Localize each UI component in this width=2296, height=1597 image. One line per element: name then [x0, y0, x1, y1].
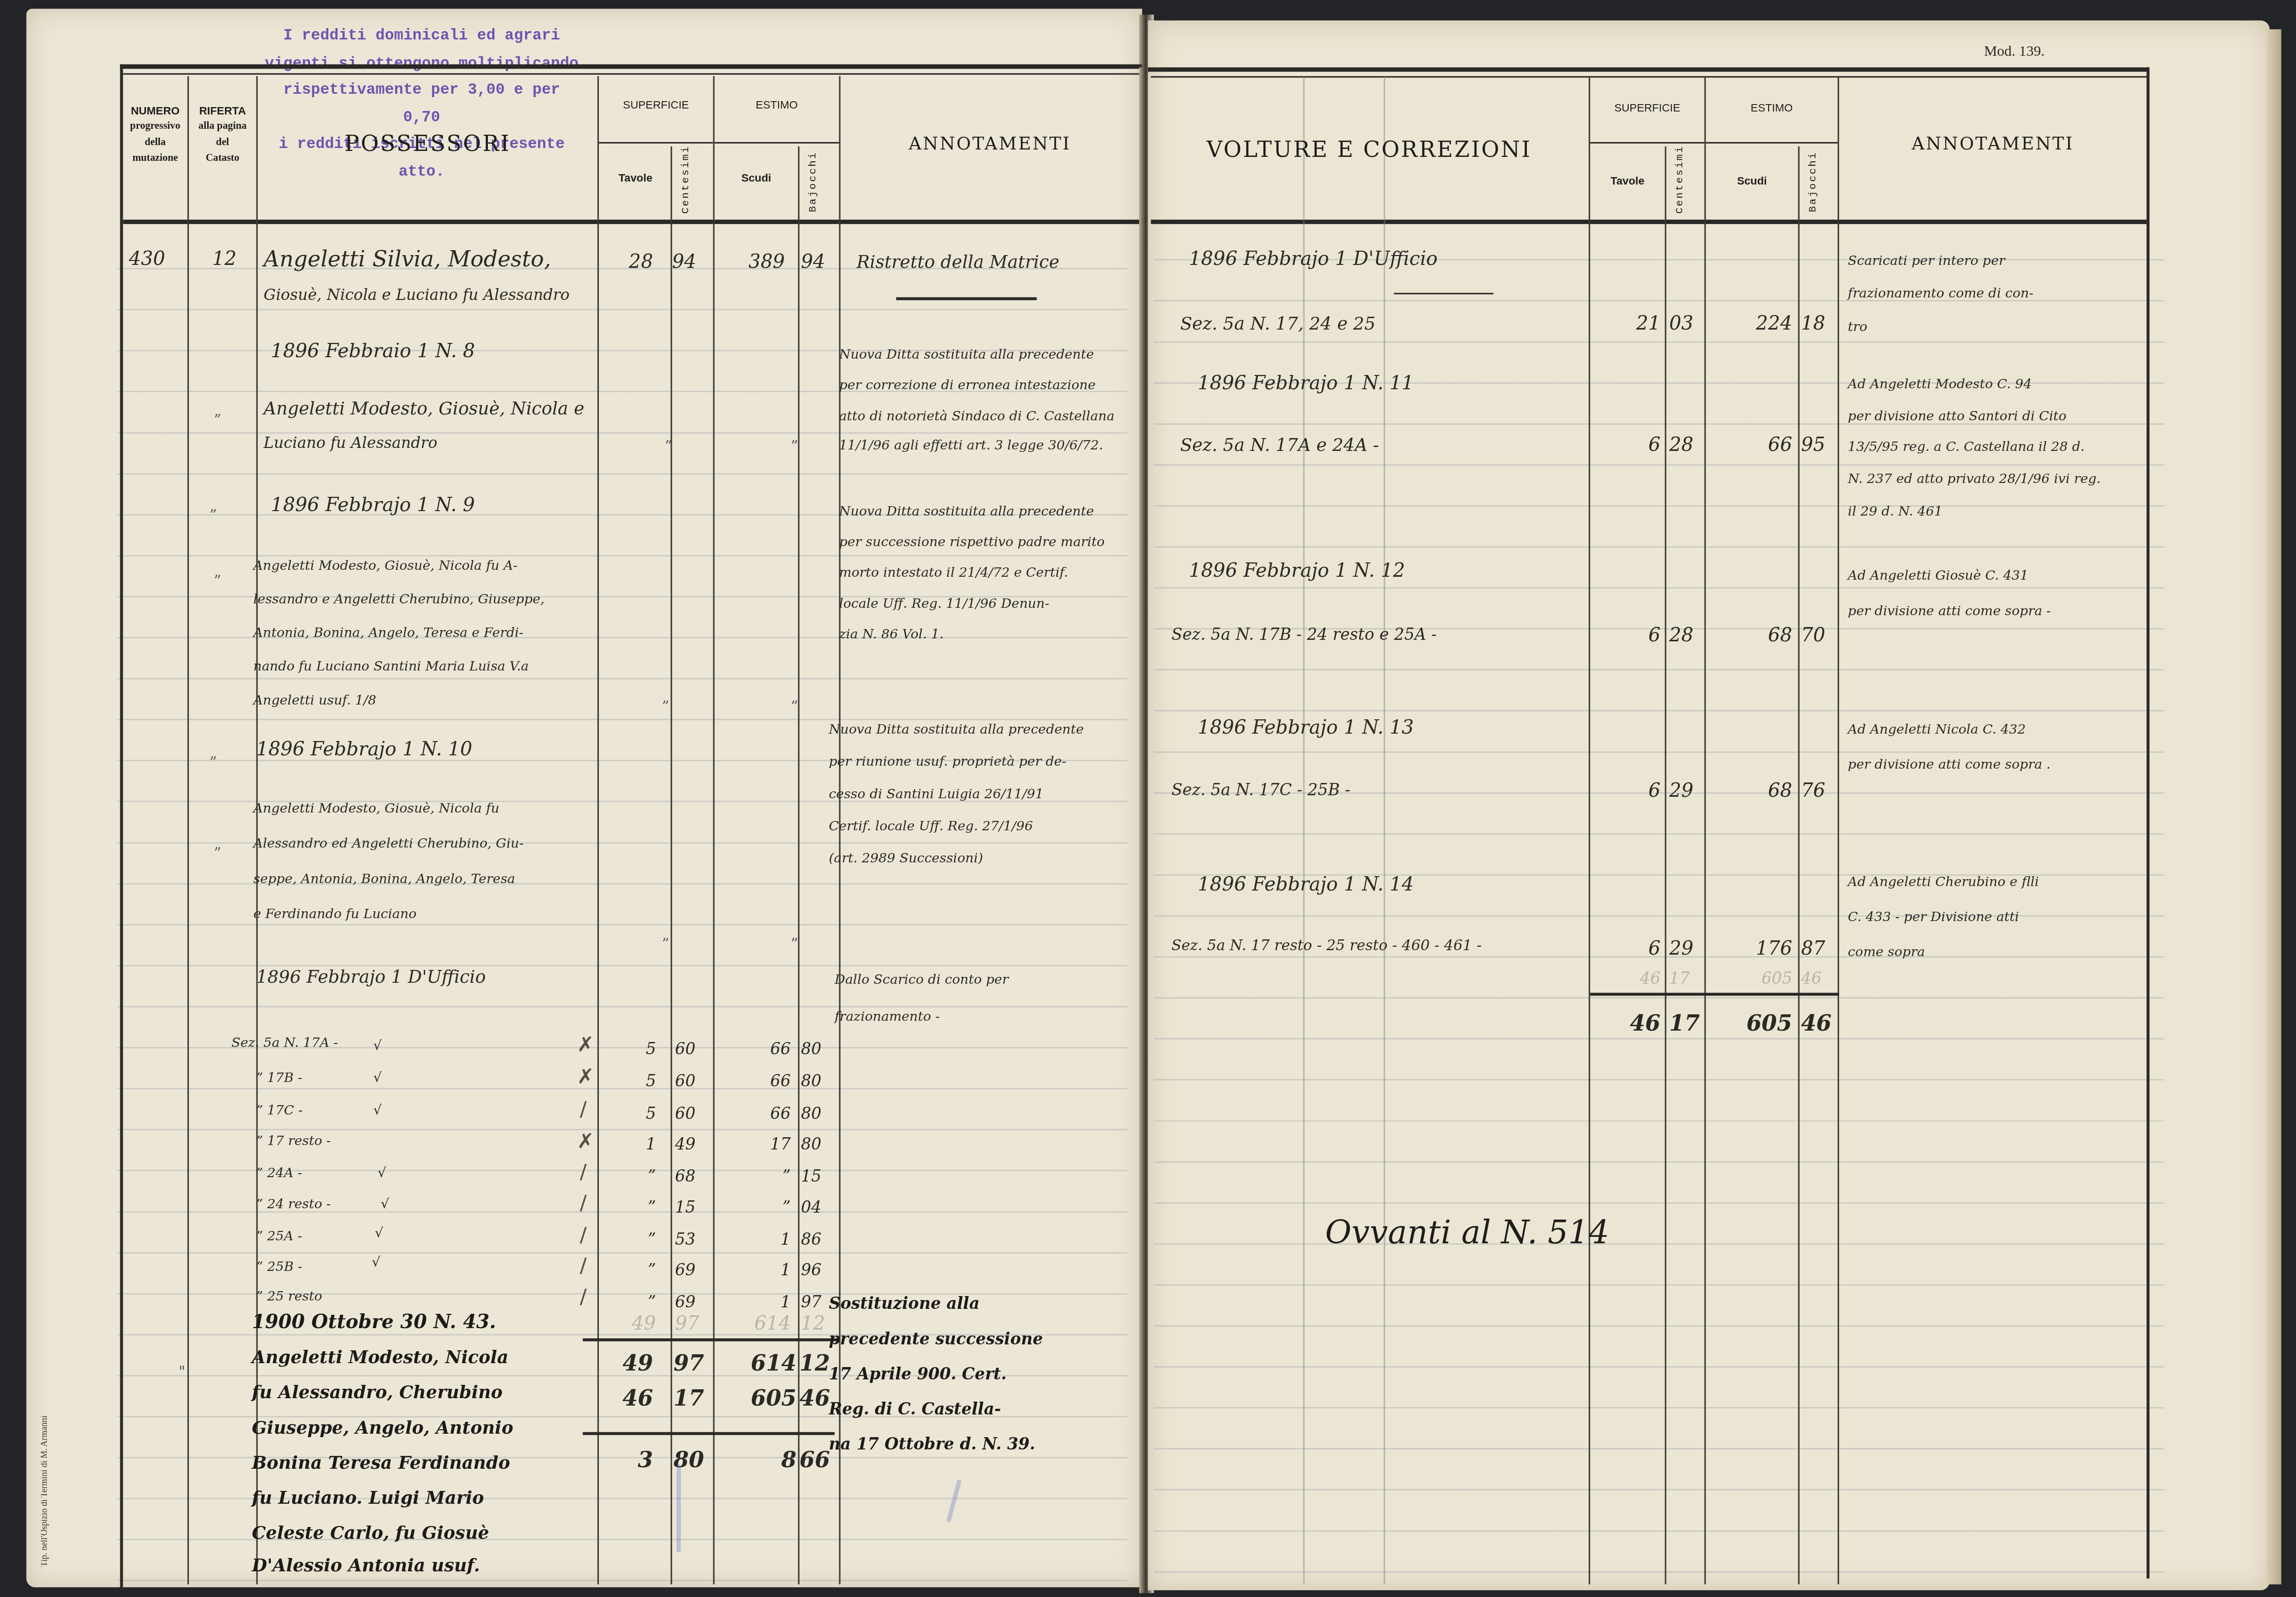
- parcel-bajocchi: 86: [801, 1230, 836, 1249]
- header-numero-title: NUMERO: [123, 106, 187, 117]
- entry-riferta: 12: [212, 249, 236, 271]
- parcel-scudi: ”: [717, 1167, 790, 1186]
- entry-bajocchi: 87: [1801, 938, 1833, 961]
- header-volture: VOLTURE E CORREZIONI: [1157, 138, 1582, 162]
- entry-annotamento: Nuova Ditta sostituita alla precedente: [839, 348, 1094, 363]
- entry-annotamento: Ristretto della Matrice: [856, 252, 1059, 272]
- entry-annotamento: (art. 2989 Successioni): [829, 852, 983, 867]
- entry-annotamento: cesso di Santini Luigia 26/11/91: [829, 788, 1043, 803]
- tick-mark: ✗: [577, 1066, 594, 1089]
- ditto-mark: ”: [214, 574, 221, 590]
- entry-annotamento: N. 237 ed atto privato 28/1/96 ivi reg.: [1848, 473, 2101, 488]
- col-divider: [670, 147, 672, 1585]
- total1-scudi: 614: [717, 1350, 796, 1376]
- parcel-bajocchi: 96: [801, 1261, 836, 1280]
- tick-mark: /: [580, 1255, 587, 1278]
- entry-parcel: Sez. 5a N. 17B - 24 resto e 25A -: [1171, 625, 1437, 644]
- entry-annotamento: Sostituzione alla: [829, 1295, 980, 1314]
- entry-annotamento: il 29 d. N. 461: [1848, 505, 1943, 520]
- entry-date: 1896 Febbrajo 1 N. 10: [256, 740, 472, 762]
- entry-centesimi: 03: [1669, 313, 1702, 335]
- header-tavole: Tavole: [599, 173, 672, 185]
- header-riferta-sub: del: [189, 138, 257, 149]
- entry-scudi: 389: [717, 252, 785, 274]
- parcel-bajocchi: 80: [801, 1040, 836, 1059]
- entry-annotamento: na 17 Ottobre d. N. 39.: [829, 1435, 1035, 1454]
- col-divider: [1665, 147, 1666, 1585]
- header-riferta-title: RIFERTA: [189, 106, 257, 117]
- ditto-mark: ”: [214, 847, 221, 863]
- total1-centesimi: 97: [673, 1350, 711, 1376]
- entry-bajocchi: 76: [1801, 780, 1833, 803]
- printer-imprint: Tip. nell'Ospizio di Termini di M. Arman…: [41, 1259, 50, 1566]
- header-bottom-rule: [123, 220, 1139, 224]
- ditto-mark: ”: [791, 700, 798, 716]
- header-numero-sub: della: [123, 138, 187, 149]
- parcel-scudi: 1: [717, 1293, 790, 1312]
- parcel-label: ” 17 resto -: [256, 1135, 331, 1150]
- tick-mark: /: [580, 1098, 587, 1121]
- header-riferta-sub: Catasto: [189, 153, 257, 165]
- header-numero-sub: progressivo: [123, 122, 187, 133]
- entry-annotamento: 13/5/95 reg. a C. Castellana il 28 d.: [1848, 441, 2085, 455]
- entry-centesimi: 29: [1669, 938, 1702, 961]
- parcel-scudi: 66: [717, 1104, 790, 1123]
- estimo-sub-rule: [1706, 142, 1838, 144]
- header-centesimi: Centesimi: [682, 149, 694, 214]
- entry-tavole: 21: [1596, 313, 1661, 335]
- tick-mark: /: [580, 1224, 587, 1247]
- entry-possessori: Angeletti Modesto, Giosuè, Nicola fu: [253, 802, 499, 817]
- col-divider: [1704, 76, 1706, 1584]
- entry-centesimi: 94: [672, 252, 707, 274]
- entry-bajocchi: 70: [1801, 625, 1833, 647]
- difference-scudi: 8: [717, 1447, 796, 1473]
- entry-tavole: 6: [1596, 625, 1661, 647]
- total2-centesimi: 17: [673, 1385, 711, 1411]
- entry-possessori: Giosuè, Nicola e Luciano fu Alessandro: [263, 287, 569, 305]
- entry-scudi: 66: [1710, 435, 1792, 457]
- entry-possessori: fu Luciano. Luigi Mario: [252, 1487, 484, 1508]
- parcel-label: ” 24 resto -: [256, 1198, 331, 1213]
- entry-annotamento: 11/1/96 agli effetti art. 3 legge 30/6/7…: [839, 439, 1103, 454]
- faint-col-divider: [1384, 76, 1385, 1584]
- entry-possessori: Alessandro ed Angeletti Cherubino, Giu-: [253, 838, 523, 853]
- check-mark: √: [381, 1198, 389, 1213]
- total-tavole: 46: [1596, 1010, 1661, 1037]
- entry-annotamento: per riunione usuf. proprietà per de-: [829, 755, 1067, 770]
- form-number: Mod. 139.: [1984, 44, 2045, 60]
- entry-possessori: D'Alessio Antonia usuf.: [252, 1555, 480, 1576]
- entry-annotamento: per divisione atti come sopra -: [1848, 605, 2051, 620]
- entry-centesimi: 29: [1669, 780, 1702, 803]
- right-table-frame: [2147, 68, 2149, 1579]
- entry-date: 1896 Febbrajo 1 N. 12: [1189, 561, 1405, 583]
- entry-possessori: Angeletti usuf. 1/8: [253, 694, 376, 709]
- entry-date: 1896 Febbrajo 1 N. 13: [1198, 717, 1414, 740]
- parcel-centesimi: 60: [675, 1040, 710, 1059]
- header-numero-sub: mutazione: [123, 153, 187, 165]
- total-centesimi: 17: [1669, 1010, 1702, 1037]
- entry-tavole: 6: [1596, 938, 1661, 961]
- entry-annotamento: tro: [1848, 321, 1868, 335]
- header-scudi: Scudi: [1706, 176, 1798, 187]
- header-numero: NUMERO progressivo della mutazione: [123, 106, 187, 165]
- underline: [896, 297, 1037, 300]
- ditto-mark: ”: [214, 413, 221, 429]
- entry-numero: 430: [129, 249, 165, 271]
- entry-possessori: seppe, Antonia, Bonina, Angelo, Teresa: [253, 873, 515, 888]
- page-edge: [2266, 29, 2281, 1584]
- parcel-label: ” 17C -: [256, 1104, 302, 1119]
- entry-annotamento: morto intestato il 21/4/72 e Certif.: [839, 567, 1069, 582]
- entry-annotamento: Ad Angeletti Giosuè C. 431: [1848, 570, 2029, 585]
- entry-parcel: Sez. 5a N. 17 resto - 25 resto - 460 - 4…: [1171, 938, 1481, 955]
- entry-possessori: Angeletti Modesto, Giosuè, Nicola e: [263, 398, 584, 419]
- parcel-tavole: 1: [600, 1135, 656, 1154]
- faint-bajocchi: 46: [1801, 969, 1833, 989]
- entry-scudi: 224: [1710, 313, 1792, 335]
- ditto-mark: ”: [791, 937, 798, 954]
- entry-annotamento: C. 433 - per Divisione atti: [1848, 911, 2019, 926]
- superficie-sub-rule: [1590, 142, 1704, 144]
- sum-rule: [1590, 993, 1839, 996]
- entry-annotamento: 17 Aprile 900. Cert.: [829, 1365, 1006, 1384]
- faint-scudi: 605: [1710, 969, 1792, 989]
- tick-mark: /: [580, 1161, 587, 1185]
- total2-tavole: 46: [586, 1385, 653, 1411]
- parcel-centesimi: 15: [675, 1198, 710, 1217]
- parcel-centesimi: 49: [675, 1135, 710, 1154]
- check-mark: √: [372, 1257, 380, 1271]
- parcel-centesimi: 69: [675, 1293, 710, 1312]
- header-bajocchi: Bajocchi: [810, 149, 821, 214]
- parcel-centesimi: 53: [675, 1230, 710, 1249]
- entry-annotamento: precedente successione: [829, 1330, 1043, 1349]
- faint-scudi: 614: [717, 1313, 790, 1336]
- parcel-label: ” 25B -: [256, 1261, 302, 1275]
- underline: [1394, 293, 1494, 295]
- check-mark: √: [375, 1227, 383, 1242]
- header-bajocchi: Bajocchi: [1810, 149, 1821, 214]
- parcel-centesimi: 60: [675, 1104, 710, 1123]
- entry-annotamento: per divisione atti come sopra .: [1848, 758, 2051, 773]
- parcel-bajocchi: 04: [801, 1198, 836, 1217]
- entry-possessori: Giuseppe, Angelo, Antonio: [252, 1417, 513, 1438]
- header-riferta: RIFERTA alla pagina del Catasto: [189, 106, 257, 165]
- entry-annotamento: Ad Angeletti Modesto C. 94: [1848, 378, 2032, 393]
- col-divider: [1838, 76, 1839, 1584]
- entry-date: 1896 Febbrajo 1 N. 11: [1198, 373, 1414, 396]
- entry-tavole: 28: [600, 252, 653, 274]
- entry-possessori: nando fu Luciano Santini Maria Luisa V.a: [253, 661, 528, 675]
- parcel-tavole: ”: [600, 1167, 656, 1186]
- entry-possessori: Antonia, Bonina, Angelo, Teresa e Ferdi-: [253, 627, 523, 641]
- entry-annotamento: frazionamento -: [835, 1010, 940, 1025]
- check-mark: √: [378, 1167, 386, 1182]
- header-bottom-rule: [1151, 220, 2147, 224]
- header-annotamenti: ANNOTAMENTI: [1839, 135, 2147, 154]
- entry-centesimi: 28: [1669, 435, 1702, 457]
- header-scudi: Scudi: [714, 173, 798, 185]
- col-divider: [187, 76, 189, 1584]
- tick-mark: /: [580, 1286, 587, 1309]
- col-divider: [1798, 147, 1800, 1585]
- sum-rule: [583, 1432, 834, 1435]
- entry-tavole: 6: [1596, 435, 1661, 457]
- header-possessori: POSSESSORI: [258, 132, 597, 156]
- check-mark: √: [373, 1072, 382, 1087]
- entry-annotamento: Certif. locale Uff. Reg. 27/1/96: [829, 820, 1033, 835]
- parcel-centesimi: 69: [675, 1261, 710, 1280]
- parcel-tavole: ”: [600, 1293, 656, 1312]
- entry-annotamento: frazionamento come di con-: [1848, 287, 2034, 302]
- ditto-mark: ”: [662, 937, 669, 954]
- parcel-bajocchi: 15: [801, 1167, 836, 1186]
- blue-pencil-mark: [676, 1464, 681, 1552]
- difference-tavole: 3: [586, 1447, 653, 1473]
- parcel-bajocchi: 80: [801, 1135, 836, 1154]
- sum-rule: [583, 1338, 839, 1341]
- parcel-label: ” 17B -: [256, 1072, 302, 1087]
- entry-annotamento: per divisione atto Santori di Cito: [1848, 410, 2067, 425]
- entry-centesimi: 28: [1669, 625, 1702, 647]
- parcel-centesimi: 68: [675, 1167, 710, 1186]
- parcel-scudi: 17: [717, 1135, 790, 1154]
- entry-possessori: Angeletti Modesto, Giosuè, Nicola fu A-: [253, 559, 518, 574]
- entry-scudi: 68: [1710, 780, 1792, 803]
- faint-centesimi: 17: [1669, 969, 1702, 989]
- tick-mark: ✗: [577, 1034, 594, 1057]
- parcel-tavole: ”: [600, 1230, 656, 1249]
- entry-annotamento: per successione rispettivo padre marito: [839, 536, 1105, 551]
- tick-mark: ✗: [577, 1130, 594, 1153]
- entry-annotamento: Nuova Ditta sostituita alla precedente: [839, 505, 1094, 520]
- entry-date: 1896 Febbrajo 1 D'Ufficio: [1189, 249, 1438, 271]
- total2-scudi: 605: [717, 1385, 796, 1411]
- parcel-scudi: 66: [717, 1072, 790, 1091]
- entry-possessori: Bonina Teresa Ferdinando: [252, 1452, 510, 1473]
- superficie-sub-rule: [599, 142, 713, 144]
- entry-possessori: Angeletti Modesto, Nicola: [252, 1347, 508, 1368]
- entry-parcel: Sez. 5a N. 17C - 25B -: [1171, 780, 1350, 800]
- entry-date: 1896 Febbraio 1 N. 8: [271, 341, 475, 364]
- parcel-centesimi: 60: [675, 1072, 710, 1091]
- header-riferta-sub: alla pagina: [189, 122, 257, 133]
- entry-date: 1896 Febbrajo 1 D'Ufficio: [256, 966, 485, 987]
- parcel-scudi: 1: [717, 1261, 790, 1280]
- entry-annotamento: atto di notorietà Sindaco di C. Castella…: [839, 410, 1114, 425]
- stamp-line: I redditi dominicali ed agrari: [260, 23, 583, 50]
- header-tavole: Tavole: [1590, 176, 1665, 187]
- closing-note: Ovvanti al N. 514: [1325, 1215, 1609, 1252]
- col-divider: [1589, 76, 1590, 1584]
- check-mark: √: [373, 1040, 382, 1054]
- entry-bajocchi: 95: [1801, 435, 1833, 457]
- header-top-rule-thin: [123, 73, 1139, 74]
- total1-tavole: 49: [586, 1350, 653, 1376]
- tick-mark: /: [580, 1192, 587, 1215]
- parcel-label: ” 24A -: [256, 1167, 302, 1182]
- check-mark: √: [373, 1104, 382, 1119]
- entry-bajocchi: 94: [801, 252, 836, 274]
- estimo-sub-rule: [714, 142, 839, 144]
- entry-bajocchi: 18: [1801, 313, 1833, 335]
- ditto-mark: ”: [791, 439, 798, 455]
- parcel-scudi: 1: [717, 1230, 790, 1249]
- entry-annotamento: locale Uff. Reg. 11/1/96 Denun-: [839, 597, 1049, 612]
- header-centesimi: Centesimi: [1676, 149, 1688, 214]
- entry-annotamento: Dallo Scarico di conto per: [835, 974, 1008, 989]
- entry-scudi: 176: [1710, 938, 1792, 961]
- ledger-scan: I redditi dominicali ed agrari vigenti s…: [0, 0, 2296, 1597]
- faint-centesimi: 97: [675, 1313, 710, 1336]
- parcel-bajocchi: 80: [801, 1072, 836, 1091]
- entry-parcel: Sez. 5a N. 17A e 24A -: [1180, 435, 1379, 455]
- entry-annotamento: Nuova Ditta sostituita alla precedente: [829, 723, 1084, 738]
- parcel-tavole: 5: [600, 1040, 656, 1059]
- entry-annotamento: Reg. di C. Castella-: [829, 1400, 1001, 1419]
- entry-annotamento: Ad Angeletti Nicola C. 432: [1848, 723, 2026, 738]
- entry-date: 1900 Ottobre 30 N. 43.: [252, 1312, 496, 1334]
- header-top-rule: [120, 65, 1139, 69]
- ditto-mark: ”: [209, 508, 217, 524]
- faint-tavole: 46: [1596, 969, 1661, 989]
- header-superficie: SUPERFICIE: [599, 100, 713, 111]
- entry-possessori: Celeste Carlo, fu Giosuè: [252, 1523, 489, 1544]
- parcel-tavole: ”: [600, 1261, 656, 1280]
- entry-annotamento: Ad Angeletti Cherubino e flli: [1848, 876, 2039, 891]
- entry-annotamento: zia N. 86 Vol. 1.: [839, 628, 944, 643]
- parcel-label: Sez. 5a N. 17A -: [231, 1037, 338, 1051]
- parcel-label: ” 25A -: [256, 1230, 302, 1245]
- header-estimo: ESTIMO: [714, 100, 839, 111]
- ditto-mark: ”: [662, 700, 669, 716]
- entry-possessori: Luciano fu Alessandro: [263, 435, 437, 452]
- parcel-scudi: ”: [717, 1198, 790, 1217]
- entry-possessori: e Ferdinando fu Luciano: [253, 908, 416, 923]
- faint-col-divider: [1303, 76, 1305, 1584]
- parcel-label: ” 25 resto: [256, 1290, 322, 1305]
- header-superficie: SUPERFICIE: [1590, 103, 1704, 114]
- ditto-mark: ”: [665, 439, 672, 455]
- entry-annotamento: Scaricati per intero per: [1848, 255, 2005, 269]
- entry-possessori: lessandro e Angeletti Cherubino, Giusepp…: [253, 593, 544, 608]
- faint-tavole: 49: [600, 1313, 656, 1336]
- entry-annotamento: come sopra: [1848, 946, 1925, 961]
- entry-annotamento: per correzione di erronea intestazione: [839, 379, 1096, 394]
- col-divider: [713, 76, 714, 1584]
- parcel-tavole: ”: [600, 1198, 656, 1217]
- header-annotamenti: ANNOTAMENTI: [841, 135, 1139, 154]
- entry-date: 1896 Febbrajo 1 N. 9: [271, 495, 475, 517]
- header-estimo: ESTIMO: [1706, 103, 1838, 114]
- header-top-rule: [1148, 68, 2149, 72]
- parcel-scudi: 66: [717, 1040, 790, 1059]
- parcel-tavole: 5: [600, 1072, 656, 1091]
- entry-possessori: Angeletti Silvia, Modesto,: [263, 246, 551, 272]
- total-scudi: 605: [1710, 1010, 1792, 1037]
- parcel-tavole: 5: [600, 1104, 656, 1123]
- total-bajocchi: 46: [1801, 1010, 1833, 1037]
- entry-parcel: Sez. 5a N. 17, 24 e 25: [1180, 313, 1375, 334]
- ditto-mark: ”: [209, 755, 217, 772]
- parcel-bajocchi: 80: [801, 1104, 836, 1123]
- entry-tavole: 6: [1596, 780, 1661, 803]
- entry-scudi: 68: [1710, 625, 1792, 647]
- entry-date: 1896 Febbrajo 1 N. 14: [1198, 874, 1414, 896]
- entry-possessori: fu Alessandro, Cherubino: [252, 1382, 502, 1403]
- header-top-rule-thin: [1151, 76, 2147, 77]
